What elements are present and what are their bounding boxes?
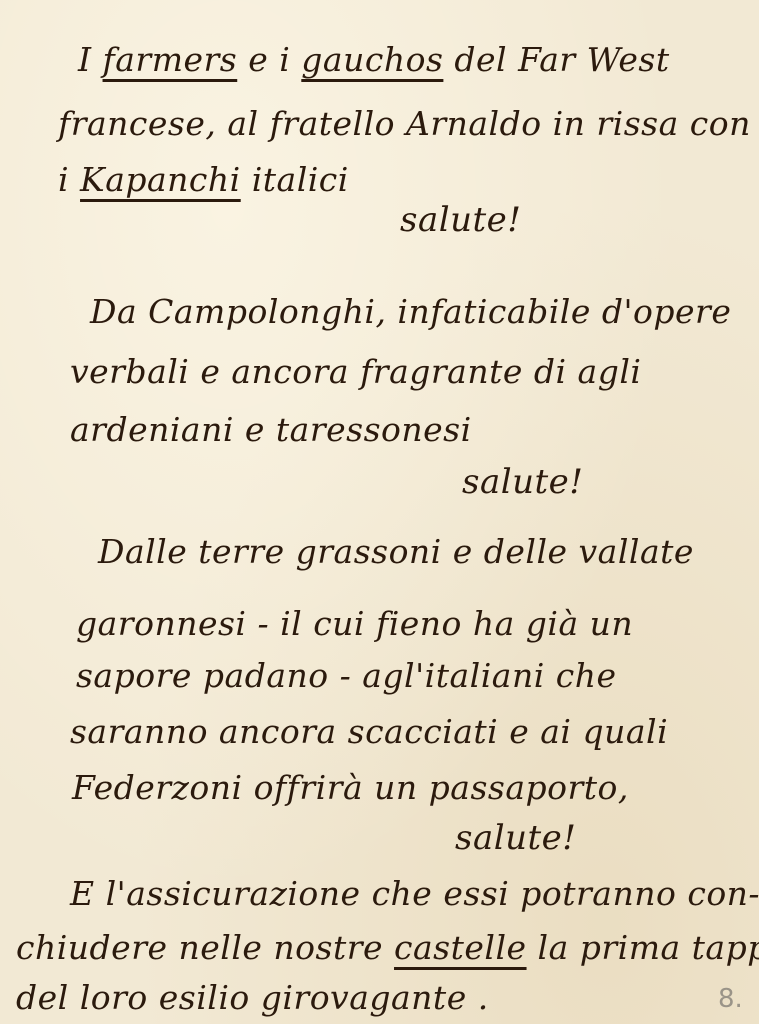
text-fragment: la prima tappa <box>527 928 759 967</box>
text-line: E l'assicurazione che essi potranno con- <box>70 874 759 913</box>
underlined-word: farmers <box>103 40 238 79</box>
text-fragment: chiudere nelle nostre <box>16 928 394 967</box>
text-line: francese, al fratello Arnaldo in rissa c… <box>58 104 751 143</box>
page-number: 8. <box>718 984 743 1014</box>
text-line: saranno ancora scacciati e ai quali <box>70 712 668 751</box>
text-line: Dalle terre grassoni e delle vallate <box>98 532 694 571</box>
underlined-word: castelle <box>394 928 527 967</box>
underlined-word: gauchos <box>301 40 443 79</box>
refrain-salute: salute! <box>455 818 576 858</box>
text-line: ardeniani e taressonesi <box>70 410 472 449</box>
text-line: verbali e ancora fragrante di agli <box>70 352 641 391</box>
text-line: chiudere nelle nostre castelle la prima … <box>16 928 759 967</box>
refrain-salute: salute! <box>462 462 583 502</box>
text-fragment: del Far West <box>443 40 669 79</box>
text-line: garonnesi - il cui fieno ha già un <box>76 604 633 643</box>
underlined-word: Kapanchi <box>80 160 241 199</box>
text-fragment: e i <box>237 40 301 79</box>
text-line: i Kapanchi italici <box>58 160 349 199</box>
text-line: del loro esilio girovagante . <box>16 978 489 1017</box>
text-line: Federzoni offrirà un passaporto, <box>72 768 629 807</box>
text-line: I farmers e i gauchos del Far West <box>78 40 670 79</box>
letter-page: I farmers e i gauchos del Far West franc… <box>0 0 759 1024</box>
refrain-salute: salute! <box>400 200 521 240</box>
text-fragment: i <box>58 160 80 199</box>
text-line: Da Campolonghi, infaticabile d'opere <box>90 292 731 331</box>
text-line: sapore padano - agl'italiani che <box>76 656 617 695</box>
text-fragment: I <box>78 40 103 79</box>
text-fragment: italici <box>241 160 349 199</box>
